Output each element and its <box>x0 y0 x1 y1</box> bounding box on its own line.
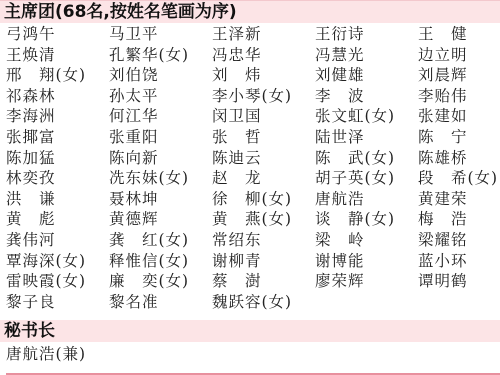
member-name: 洪 谦 <box>6 189 56 209</box>
member-name: 赵 龙 <box>212 168 262 188</box>
presidium-heading: 主席团(68名,按姓名笔画为序) <box>0 1 500 23</box>
member-name: 常绍东 <box>212 230 262 250</box>
member-name: 马卫平 <box>109 24 159 44</box>
member-name: 孔繁华(女) <box>109 45 189 65</box>
member-name: 黎子良 <box>6 292 56 312</box>
member-name: 蔡 澍 <box>212 271 262 291</box>
member-name: 李小琴(女) <box>212 86 292 106</box>
name-row: 弓鸿午马卫平王泽新王衍诗王 健 <box>6 24 500 45</box>
secretary-general-heading: 秘书长 <box>0 320 500 342</box>
member-name: 段 希(女) <box>418 168 498 188</box>
member-name: 黄 燕(女) <box>212 209 292 229</box>
member-name: 谈 静(女) <box>315 209 395 229</box>
member-name: 雷映霞(女) <box>6 271 86 291</box>
secretary-general-name: 唐航浩(兼) <box>6 344 86 364</box>
name-row: 覃海深(女)释惟信(女)谢柳青谢博能蓝小环 <box>6 251 500 272</box>
name-row: 陈加猛陈向新陈迪云陈 武(女)陈雄桥 <box>6 148 500 169</box>
member-name: 张 哲 <box>212 127 262 147</box>
member-name: 孙太平 <box>109 86 159 106</box>
member-name: 边立明 <box>418 45 468 65</box>
member-name: 谢柳青 <box>212 251 262 271</box>
member-name: 陈加猛 <box>6 148 56 168</box>
member-name: 梁 岭 <box>315 230 365 250</box>
member-name: 刘晨辉 <box>418 65 468 85</box>
member-name: 王 健 <box>418 24 468 44</box>
member-name: 唐航浩 <box>315 189 365 209</box>
member-name: 弓鸿午 <box>6 24 56 44</box>
member-name: 冯忠华 <box>212 45 262 65</box>
name-row: 龚伟河龚 红(女)常绍东梁 岭梁耀铭 <box>6 230 500 251</box>
member-name: 陈雄桥 <box>418 148 468 168</box>
member-name: 廉 奕(女) <box>109 271 189 291</box>
member-name: 陈向新 <box>109 148 159 168</box>
member-name: 谢博能 <box>315 251 365 271</box>
member-name: 刘伯饶 <box>109 65 159 85</box>
member-name: 覃海深(女) <box>6 251 86 271</box>
member-name: 谭明鹤 <box>418 271 468 291</box>
member-name: 王泽新 <box>212 24 262 44</box>
member-name: 胡子英(女) <box>315 168 395 188</box>
member-name: 祁森林 <box>6 86 56 106</box>
member-name: 梅 浩 <box>418 209 468 229</box>
member-name: 黄建荣 <box>418 189 468 209</box>
member-name: 陈 宁 <box>418 127 468 147</box>
name-row: 祁森林孙太平李小琴(女)李 波李贻伟 <box>6 86 500 107</box>
member-name: 蓝小环 <box>418 251 468 271</box>
member-name: 黄 彪 <box>6 209 56 229</box>
member-name: 李贻伟 <box>418 86 468 106</box>
name-row: 王焕清孔繁华(女)冯忠华冯慧光边立明 <box>6 45 500 66</box>
member-name: 黄德辉 <box>109 209 159 229</box>
member-name: 王焕清 <box>6 45 56 65</box>
name-row: 雷映霞(女)廉 奕(女)蔡 澍廖荣辉谭明鹤 <box>6 271 500 292</box>
member-name: 张文虹(女) <box>315 106 395 126</box>
member-name: 张重阳 <box>109 127 159 147</box>
member-name: 王衍诗 <box>315 24 365 44</box>
member-name: 林奕孜 <box>6 168 56 188</box>
member-name: 冼东妹(女) <box>109 168 189 188</box>
member-name: 陆世泽 <box>315 127 365 147</box>
member-name: 刘健雄 <box>315 65 365 85</box>
member-name: 张揶富 <box>6 127 56 147</box>
name-row: 林奕孜冼东妹(女)赵 龙胡子英(女)段 希(女) <box>6 168 500 189</box>
member-name: 陈迪云 <box>212 148 262 168</box>
member-name: 梁耀铭 <box>418 230 468 250</box>
member-name: 聂林坤 <box>109 189 159 209</box>
member-name: 魏跃容(女) <box>212 292 292 312</box>
name-row: 洪 谦聂林坤徐 柳(女)唐航浩黄建荣 <box>6 189 500 210</box>
name-row: 李海洲何江华闵卫国张文虹(女)张建如 <box>6 106 500 127</box>
member-name: 冯慧光 <box>315 45 365 65</box>
member-name: 廖荣辉 <box>315 271 365 291</box>
member-name: 邢 翔(女) <box>6 65 86 85</box>
name-row: 张揶富张重阳张 哲陆世泽陈 宁 <box>6 127 500 148</box>
member-name: 刘 炜 <box>212 65 262 85</box>
member-name: 释惟信(女) <box>109 251 189 271</box>
name-row: 邢 翔(女)刘伯饶刘 炜刘健雄刘晨辉 <box>6 65 500 86</box>
member-name: 龚伟河 <box>6 230 56 250</box>
member-name: 李海洲 <box>6 106 56 126</box>
member-name: 何江华 <box>109 106 159 126</box>
member-name: 陈 武(女) <box>315 148 395 168</box>
member-name: 黎名准 <box>109 292 159 312</box>
member-name: 徐 柳(女) <box>212 189 292 209</box>
member-name: 李 波 <box>315 86 365 106</box>
name-row: 黎子良黎名准魏跃容(女) <box>6 292 500 313</box>
member-name: 张建如 <box>418 106 468 126</box>
member-name: 龚 红(女) <box>109 230 189 250</box>
member-name: 闵卫国 <box>212 106 262 126</box>
presidium-name-grid: 弓鸿午马卫平王泽新王衍诗王 健王焕清孔繁华(女)冯忠华冯慧光边立明邢 翔(女)刘… <box>6 24 500 312</box>
name-row: 黄 彪黄德辉黄 燕(女)谈 静(女)梅 浩 <box>6 209 500 230</box>
